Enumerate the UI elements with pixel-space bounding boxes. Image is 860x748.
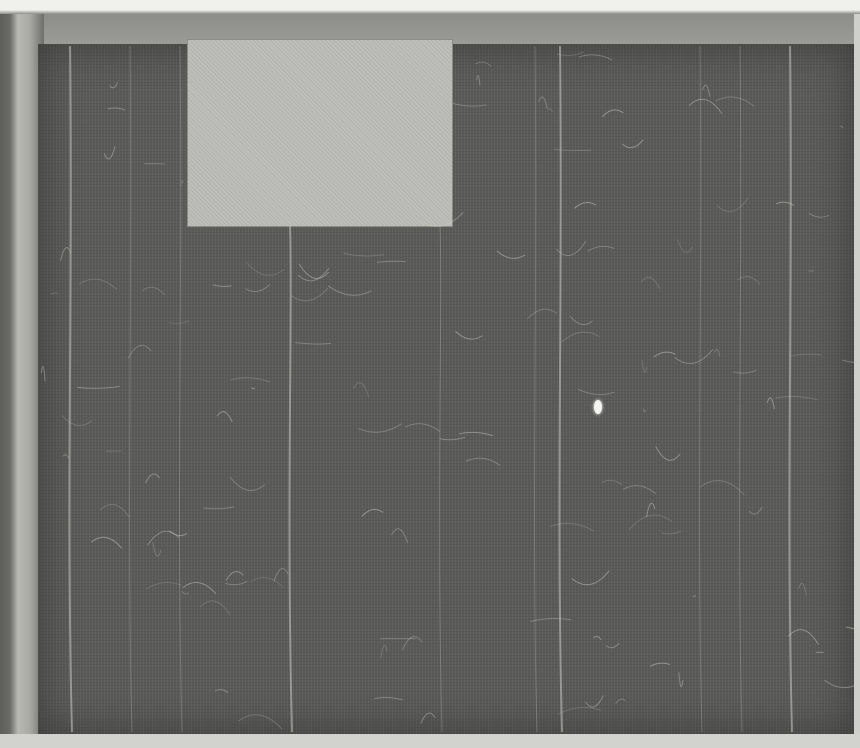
hole-speck bbox=[594, 400, 602, 414]
title-label bbox=[188, 40, 452, 226]
cover-photo bbox=[0, 0, 860, 748]
right-paper-edge bbox=[854, 14, 860, 748]
top-paper-edge bbox=[0, 0, 860, 44]
bottom-paper-edge bbox=[0, 734, 860, 748]
